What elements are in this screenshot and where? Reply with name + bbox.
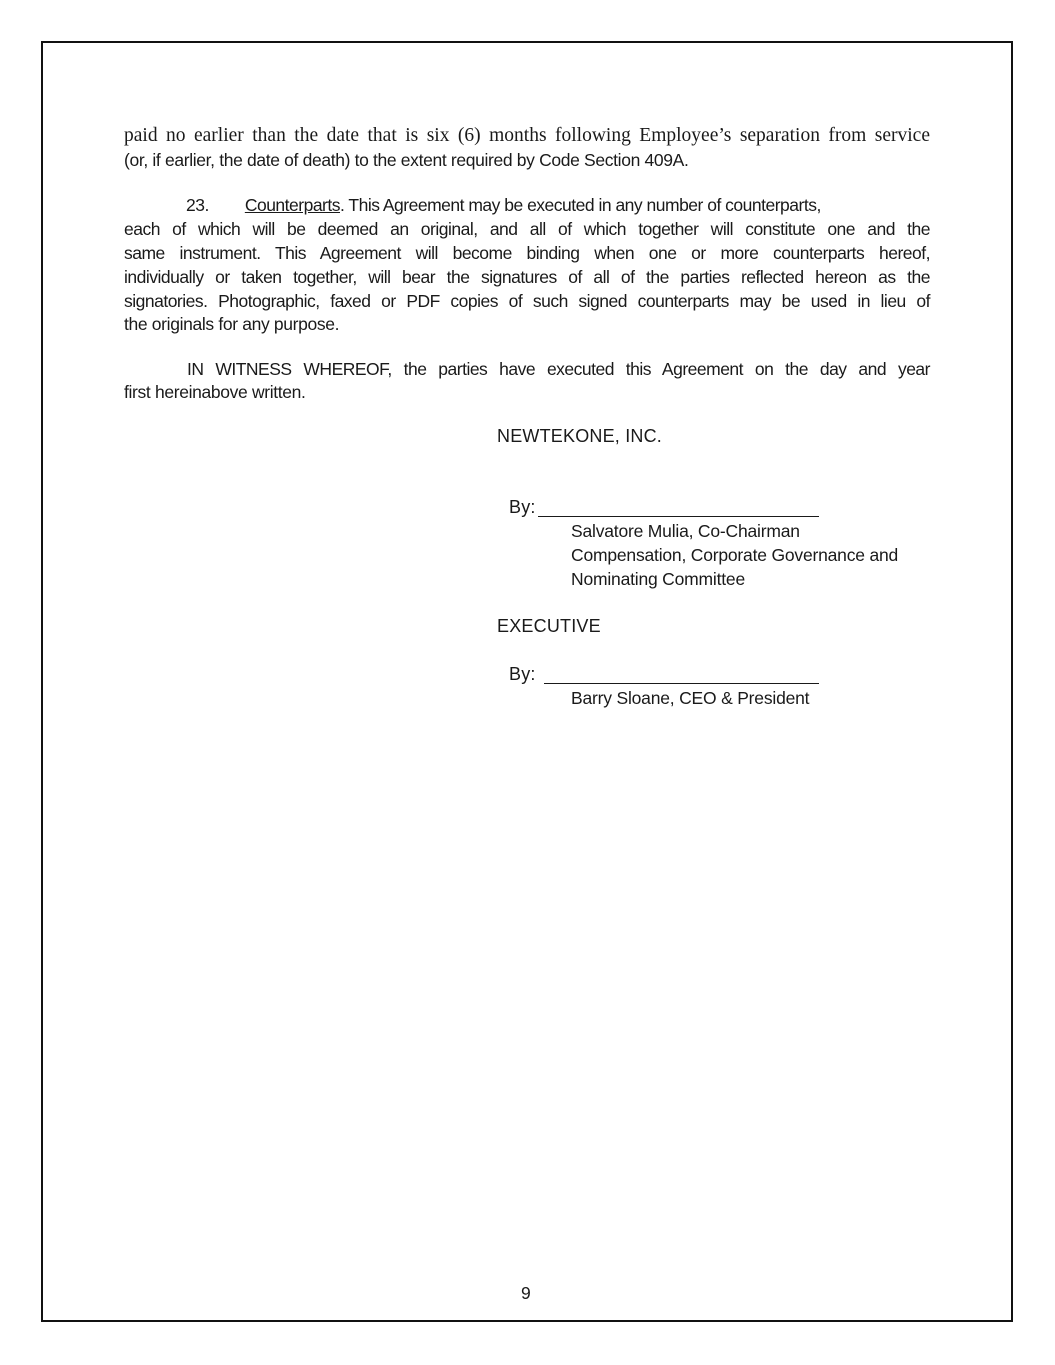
section-23-line-6: the originals for any purpose.: [124, 314, 339, 335]
company-signer-title-1: Compensation, Corporate Governance and: [571, 545, 898, 566]
continuation-line-1: paid no earlier than the date that is si…: [124, 125, 930, 147]
company-by-label: By:: [509, 497, 536, 518]
company-signer-name: Salvatore Mulia, Co-Chairman: [571, 521, 800, 542]
executive-signer-name: Barry Sloane, CEO & President: [571, 688, 809, 709]
executive-by-label: By:: [509, 664, 536, 685]
company-signature-line[interactable]: [538, 516, 819, 517]
witness-line-2: first hereinabove written.: [124, 382, 306, 403]
section-number: 23.: [186, 195, 209, 215]
continuation-line-2: (or, if earlier, the date of death) to t…: [124, 150, 688, 171]
company-signer-title-2: Nominating Committee: [571, 569, 745, 590]
section-23-first-line: 23.Counterparts. This Agreement may be e…: [186, 194, 930, 216]
page-number: 9: [521, 1283, 531, 1304]
section-heading: Counterparts: [245, 195, 340, 215]
section-23-line-2: each of which will be deemed an original…: [124, 218, 930, 240]
executive-label: EXECUTIVE: [497, 616, 601, 637]
company-name: NEWTEKONE, INC.: [497, 426, 662, 447]
witness-line-1: IN WITNESS WHEREOF, the parties have exe…: [187, 358, 930, 380]
section-23-line-1-rest: . This Agreement may be executed in any …: [340, 195, 821, 215]
section-23-line-5: signatories. Photographic, faxed or PDF …: [124, 290, 930, 312]
section-23-line-3: same instrument. This Agreement will bec…: [124, 242, 930, 264]
section-23-line-4: individually or taken together, will bea…: [124, 266, 930, 288]
executive-signature-line[interactable]: [544, 683, 819, 684]
